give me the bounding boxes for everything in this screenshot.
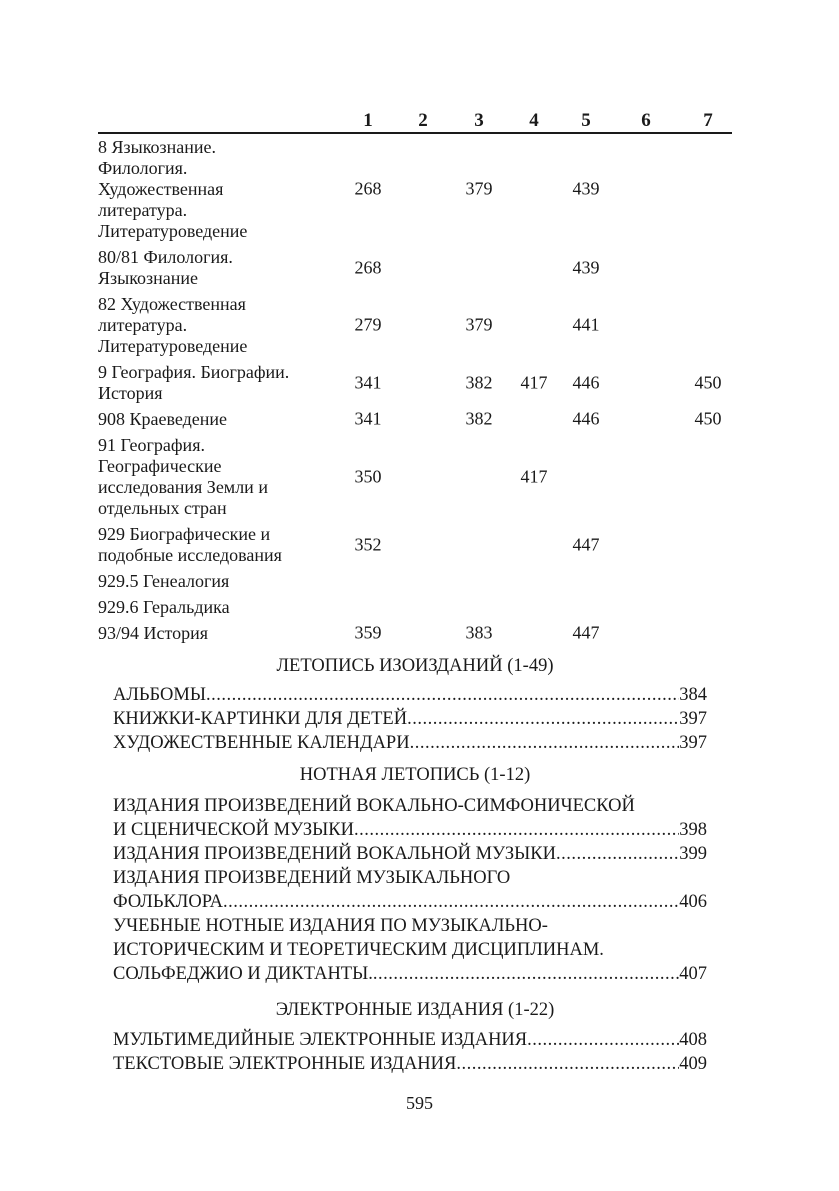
row-label: 929 Биографические иподобные исследовани… <box>98 523 338 566</box>
table-cell: 446 <box>566 372 606 393</box>
table-row: 908 Краеведение341382446450 <box>98 408 732 430</box>
toc-entry[interactable]: МУЛЬТИМЕДИЙНЫЕ ЭЛЕКТРОННЫЕ ИЗДАНИЯ 408 <box>113 1028 707 1052</box>
toc-list: АЛЬБОМЫ384КНИЖКИ-КАРТИНКИ ДЛЯ ДЕТЕЙ 397Х… <box>113 683 707 755</box>
toc-entry[interactable]: ИЗДАНИЯ ПРОИЗВЕДЕНИЙ МУЗЫКАЛЬНОГОФОЛЬКЛО… <box>113 866 707 914</box>
leader-dots <box>407 707 679 731</box>
toc-entry-text: ИСТОРИЧЕСКИМ И ТЕОРЕТИЧЕСКИМ ДИСЦИПЛИНАМ… <box>113 938 707 962</box>
table-body: 8 Языкознание.Филология.Художественнаяли… <box>98 134 732 644</box>
leader-dots <box>527 1028 679 1052</box>
table-cell: 382 <box>459 372 499 393</box>
document-page: 1234567 8 Языкознание.Филология.Художест… <box>0 0 839 1191</box>
section-title: НОТНАЯ ЛЕТОПИСЬ (1-12) <box>98 765 732 786</box>
table-cell: 417 <box>514 372 554 393</box>
toc-entry[interactable]: АЛЬБОМЫ384 <box>113 683 707 707</box>
index-table: 1234567 8 Языкознание.Филология.Художест… <box>98 110 732 648</box>
leader-dots <box>206 683 679 707</box>
table-cell: 341 <box>348 372 388 393</box>
toc-entry[interactable]: УЧЕБНЫЕ НОТНЫЕ ИЗДАНИЯ ПО МУЗЫКАЛЬНО-ИСТ… <box>113 914 707 986</box>
leader-dots <box>223 890 679 914</box>
table-row: 929.5 Генеалогия <box>98 570 732 592</box>
column-header: 1 <box>348 110 388 132</box>
toc-entry-last-line: ХУДОЖЕСТВЕННЫЕ КАЛЕНДАРИ397 <box>113 731 707 755</box>
toc-entry[interactable]: ИЗДАНИЯ ПРОИЗВЕДЕНИЙ ВОКАЛЬНОЙ МУЗЫКИ399 <box>113 842 707 866</box>
toc-list: МУЛЬТИМЕДИЙНЫЕ ЭЛЕКТРОННЫЕ ИЗДАНИЯ 408ТЕ… <box>113 1028 707 1076</box>
toc-page-number: 384 <box>679 683 707 707</box>
toc-entry-text: ИЗДАНИЯ ПРОИЗВЕДЕНИЙ МУЗЫКАЛЬНОГО <box>113 866 707 890</box>
column-header: 6 <box>626 110 666 132</box>
toc-entry[interactable]: ИЗДАНИЯ ПРОИЗВЕДЕНИЙ ВОКАЛЬНО-СИМФОНИЧЕС… <box>113 794 707 842</box>
row-label: 93/94 История <box>98 622 338 644</box>
toc-page-number: 397 <box>679 707 707 731</box>
table-cell: 447 <box>566 534 606 555</box>
table-cell: 279 <box>348 315 388 336</box>
table-row: 8 Языкознание.Филология.Художественнаяли… <box>98 136 732 242</box>
row-label: 908 Краеведение <box>98 408 338 430</box>
toc-entry-last-line: АЛЬБОМЫ384 <box>113 683 707 707</box>
table-cell: 450 <box>688 372 728 393</box>
toc-entry-last-line: СОЛЬФЕДЖИО И ДИКТАНТЫ. 407 <box>113 962 707 986</box>
table-row: 91 География.Географическиеисследования … <box>98 434 732 519</box>
toc-page-number: 409 <box>679 1052 707 1076</box>
toc-entry[interactable]: ХУДОЖЕСТВЕННЫЕ КАЛЕНДАРИ397 <box>113 731 707 755</box>
row-label: 82 Художественнаялитература.Литературове… <box>98 293 338 357</box>
toc-entry-text: ФОЛЬКЛОРА <box>113 890 223 914</box>
leader-dots <box>410 731 680 755</box>
toc-entry-last-line: И СЦЕНИЧЕСКОЙ МУЗЫКИ 398 <box>113 818 707 842</box>
toc-page-number: 399 <box>679 842 707 866</box>
section-title: ЭЛЕКТРОННЫЕ ИЗДАНИЯ (1-22) <box>98 1000 732 1021</box>
toc-page-number: 407 <box>679 962 707 986</box>
row-label: 929.6 Геральдика <box>98 596 338 618</box>
table-cell: 383 <box>459 623 499 644</box>
toc-entry-text: И СЦЕНИЧЕСКОЙ МУЗЫКИ <box>113 818 354 842</box>
table-row: 80/81 Филология.Языкознание268439 <box>98 246 732 289</box>
column-header: 7 <box>688 110 728 132</box>
table-cell: 268 <box>348 257 388 278</box>
toc-entry-last-line: ФОЛЬКЛОРА406 <box>113 890 707 914</box>
table-cell: 447 <box>566 623 606 644</box>
column-header: 3 <box>459 110 499 132</box>
table-cell: 441 <box>566 315 606 336</box>
toc-entry-text: КНИЖКИ-КАРТИНКИ ДЛЯ ДЕТЕЙ <box>113 707 407 731</box>
toc-entry-last-line: КНИЖКИ-КАРТИНКИ ДЛЯ ДЕТЕЙ 397 <box>113 707 707 731</box>
toc-page-number: 406 <box>679 890 707 914</box>
row-label: 9 География. Биографии.История <box>98 361 338 404</box>
table-cell: 352 <box>348 534 388 555</box>
table-cell: 341 <box>348 409 388 430</box>
table-row: 82 Художественнаялитература.Литературове… <box>98 293 732 357</box>
toc-entry[interactable]: ТЕКСТОВЫЕ ЭЛЕКТРОННЫЕ ИЗДАНИЯ409 <box>113 1052 707 1076</box>
leader-dots <box>556 842 679 866</box>
table-cell: 439 <box>566 179 606 200</box>
leader-dots <box>456 1052 679 1076</box>
toc-entry-text: ХУДОЖЕСТВЕННЫЕ КАЛЕНДАРИ <box>113 731 410 755</box>
table-cell: 350 <box>348 466 388 487</box>
table-cell: 450 <box>688 409 728 430</box>
toc-page-number: 408 <box>679 1028 707 1052</box>
toc-entry-text: МУЛЬТИМЕДИЙНЫЕ ЭЛЕКТРОННЫЕ ИЗДАНИЯ <box>113 1028 527 1052</box>
table-row: 93/94 История359383447 <box>98 622 732 644</box>
toc-page-number: 398 <box>679 818 707 842</box>
table-cell: 268 <box>348 179 388 200</box>
toc-entry-text: АЛЬБОМЫ <box>113 683 206 707</box>
toc-list: ИЗДАНИЯ ПРОИЗВЕДЕНИЙ ВОКАЛЬНО-СИМФОНИЧЕС… <box>113 794 707 986</box>
toc-entry-last-line: ТЕКСТОВЫЕ ЭЛЕКТРОННЫЕ ИЗДАНИЯ409 <box>113 1052 707 1076</box>
row-label: 929.5 Генеалогия <box>98 570 338 592</box>
toc-entry-text: ИЗДАНИЯ ПРОИЗВЕДЕНИЙ ВОКАЛЬНОЙ МУЗЫКИ <box>113 842 556 866</box>
toc-entry-text: ТЕКСТОВЫЕ ЭЛЕКТРОННЫЕ ИЗДАНИЯ <box>113 1052 456 1076</box>
toc-entry-last-line: ИЗДАНИЯ ПРОИЗВЕДЕНИЙ ВОКАЛЬНОЙ МУЗЫКИ399 <box>113 842 707 866</box>
page-number: 595 <box>0 1093 839 1114</box>
toc-entry-text: УЧЕБНЫЕ НОТНЫЕ ИЗДАНИЯ ПО МУЗЫКАЛЬНО- <box>113 914 707 938</box>
row-label: 91 География.Географическиеисследования … <box>98 434 338 519</box>
table-cell: 382 <box>459 409 499 430</box>
table-header: 1234567 <box>98 110 732 134</box>
toc-entry-text: СОЛЬФЕДЖИО И ДИКТАНТЫ. <box>113 962 373 986</box>
column-header: 2 <box>403 110 443 132</box>
table-cell: 379 <box>459 179 499 200</box>
section-title: ЛЕТОПИСЬ ИЗОИЗДАНИЙ (1-49) <box>98 656 732 677</box>
toc-entry-text: ИЗДАНИЯ ПРОИЗВЕДЕНИЙ ВОКАЛЬНО-СИМФОНИЧЕС… <box>113 794 707 818</box>
column-header: 4 <box>514 110 554 132</box>
table-cell: 359 <box>348 623 388 644</box>
leader-dots <box>354 818 679 842</box>
row-label: 80/81 Филология.Языкознание <box>98 246 338 289</box>
table-row: 9 География. Биографии.История3413824174… <box>98 361 732 404</box>
table-row: 929 Биографические иподобные исследовани… <box>98 523 732 566</box>
table-cell: 417 <box>514 466 554 487</box>
leader-dots <box>373 962 679 986</box>
toc-entry[interactable]: КНИЖКИ-КАРТИНКИ ДЛЯ ДЕТЕЙ 397 <box>113 707 707 731</box>
toc-page-number: 397 <box>679 731 707 755</box>
table-cell: 379 <box>459 315 499 336</box>
toc-entry-last-line: МУЛЬТИМЕДИЙНЫЕ ЭЛЕКТРОННЫЕ ИЗДАНИЯ 408 <box>113 1028 707 1052</box>
row-label: 8 Языкознание.Филология.Художественнаяли… <box>98 136 338 242</box>
table-cell: 439 <box>566 257 606 278</box>
table-row: 929.6 Геральдика <box>98 596 732 618</box>
table-cell: 446 <box>566 409 606 430</box>
column-header: 5 <box>566 110 606 132</box>
